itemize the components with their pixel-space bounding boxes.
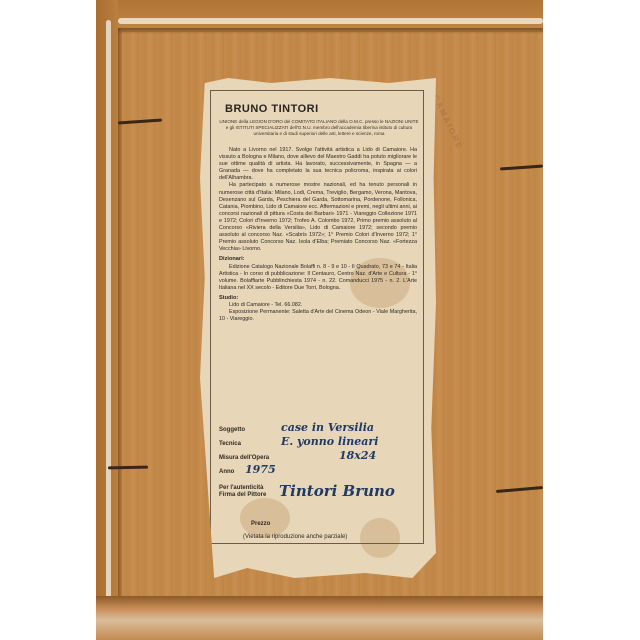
prezzo-label: Prezzo xyxy=(251,521,270,527)
studio-line: Lido di Camaiore - Tel. 66.082. xyxy=(219,302,417,309)
bio-paragraph: Ha partecipato a numerose mostre naziona… xyxy=(219,182,417,253)
field-firma: Per l'autenticità Firma del Pittore Tint… xyxy=(219,477,419,501)
field-label: Misura dell'Opera xyxy=(219,455,269,461)
studio-heading: Studio: xyxy=(219,295,417,302)
field-misura: Misura dell'Opera 18x24 xyxy=(219,449,419,463)
handwritten-value: E. yonno lineari xyxy=(281,435,378,448)
field-label: Per l'autenticità Firma del Pittore xyxy=(219,485,279,499)
label-border: BRUNO TINTORI UNIONE della LEGION D'ORO … xyxy=(210,90,424,544)
bio-paragraph: Nato a Livorno nel 1917. Svolge l'attivi… xyxy=(219,147,417,182)
handwritten-value: 18x24 xyxy=(339,449,376,462)
artist-name: BRUNO TINTORI xyxy=(225,103,319,115)
field-anno: Anno 1975 xyxy=(219,463,419,477)
handwritten-value: case in Versilia xyxy=(281,421,374,434)
field-tecnica: Tecnica E. yonno lineari xyxy=(219,435,419,449)
field-label: Tecnica xyxy=(219,441,241,447)
photo-back-of-painting: CAMAIORE BRUNO TINTORI UNIONE della LEGI… xyxy=(96,0,543,640)
frame-bead xyxy=(118,18,543,24)
dizionari-text: Edizione Catalogo Nazionale Bolaffi n. 8… xyxy=(219,264,417,292)
dizionari-heading: Dizionari: xyxy=(219,256,417,263)
affiliation-text: UNIONE della LEGION D'ORO del COMITATO I… xyxy=(219,119,419,137)
field-label: Anno xyxy=(219,469,234,475)
artist-certificate-label: BRUNO TINTORI UNIONE della LEGION D'ORO … xyxy=(200,78,436,578)
artist-signature: Tintori Bruno xyxy=(279,482,395,500)
artwork-fields: Soggetto case in Versilia Tecnica E. yon… xyxy=(219,421,419,501)
frame-bead xyxy=(106,20,111,620)
frame-bottom xyxy=(96,596,543,640)
field-soggetto: Soggetto case in Versilia xyxy=(219,421,419,435)
field-label: Soggetto xyxy=(219,427,245,433)
reproduction-notice: (Vietata la riproduzione anche parziale) xyxy=(243,534,347,540)
studio-line: Esposizione Permanente: Saletta d'Arte d… xyxy=(219,309,417,323)
biography: Nato a Livorno nel 1917. Svolge l'attivi… xyxy=(219,147,417,323)
handwritten-value: 1975 xyxy=(245,463,276,476)
